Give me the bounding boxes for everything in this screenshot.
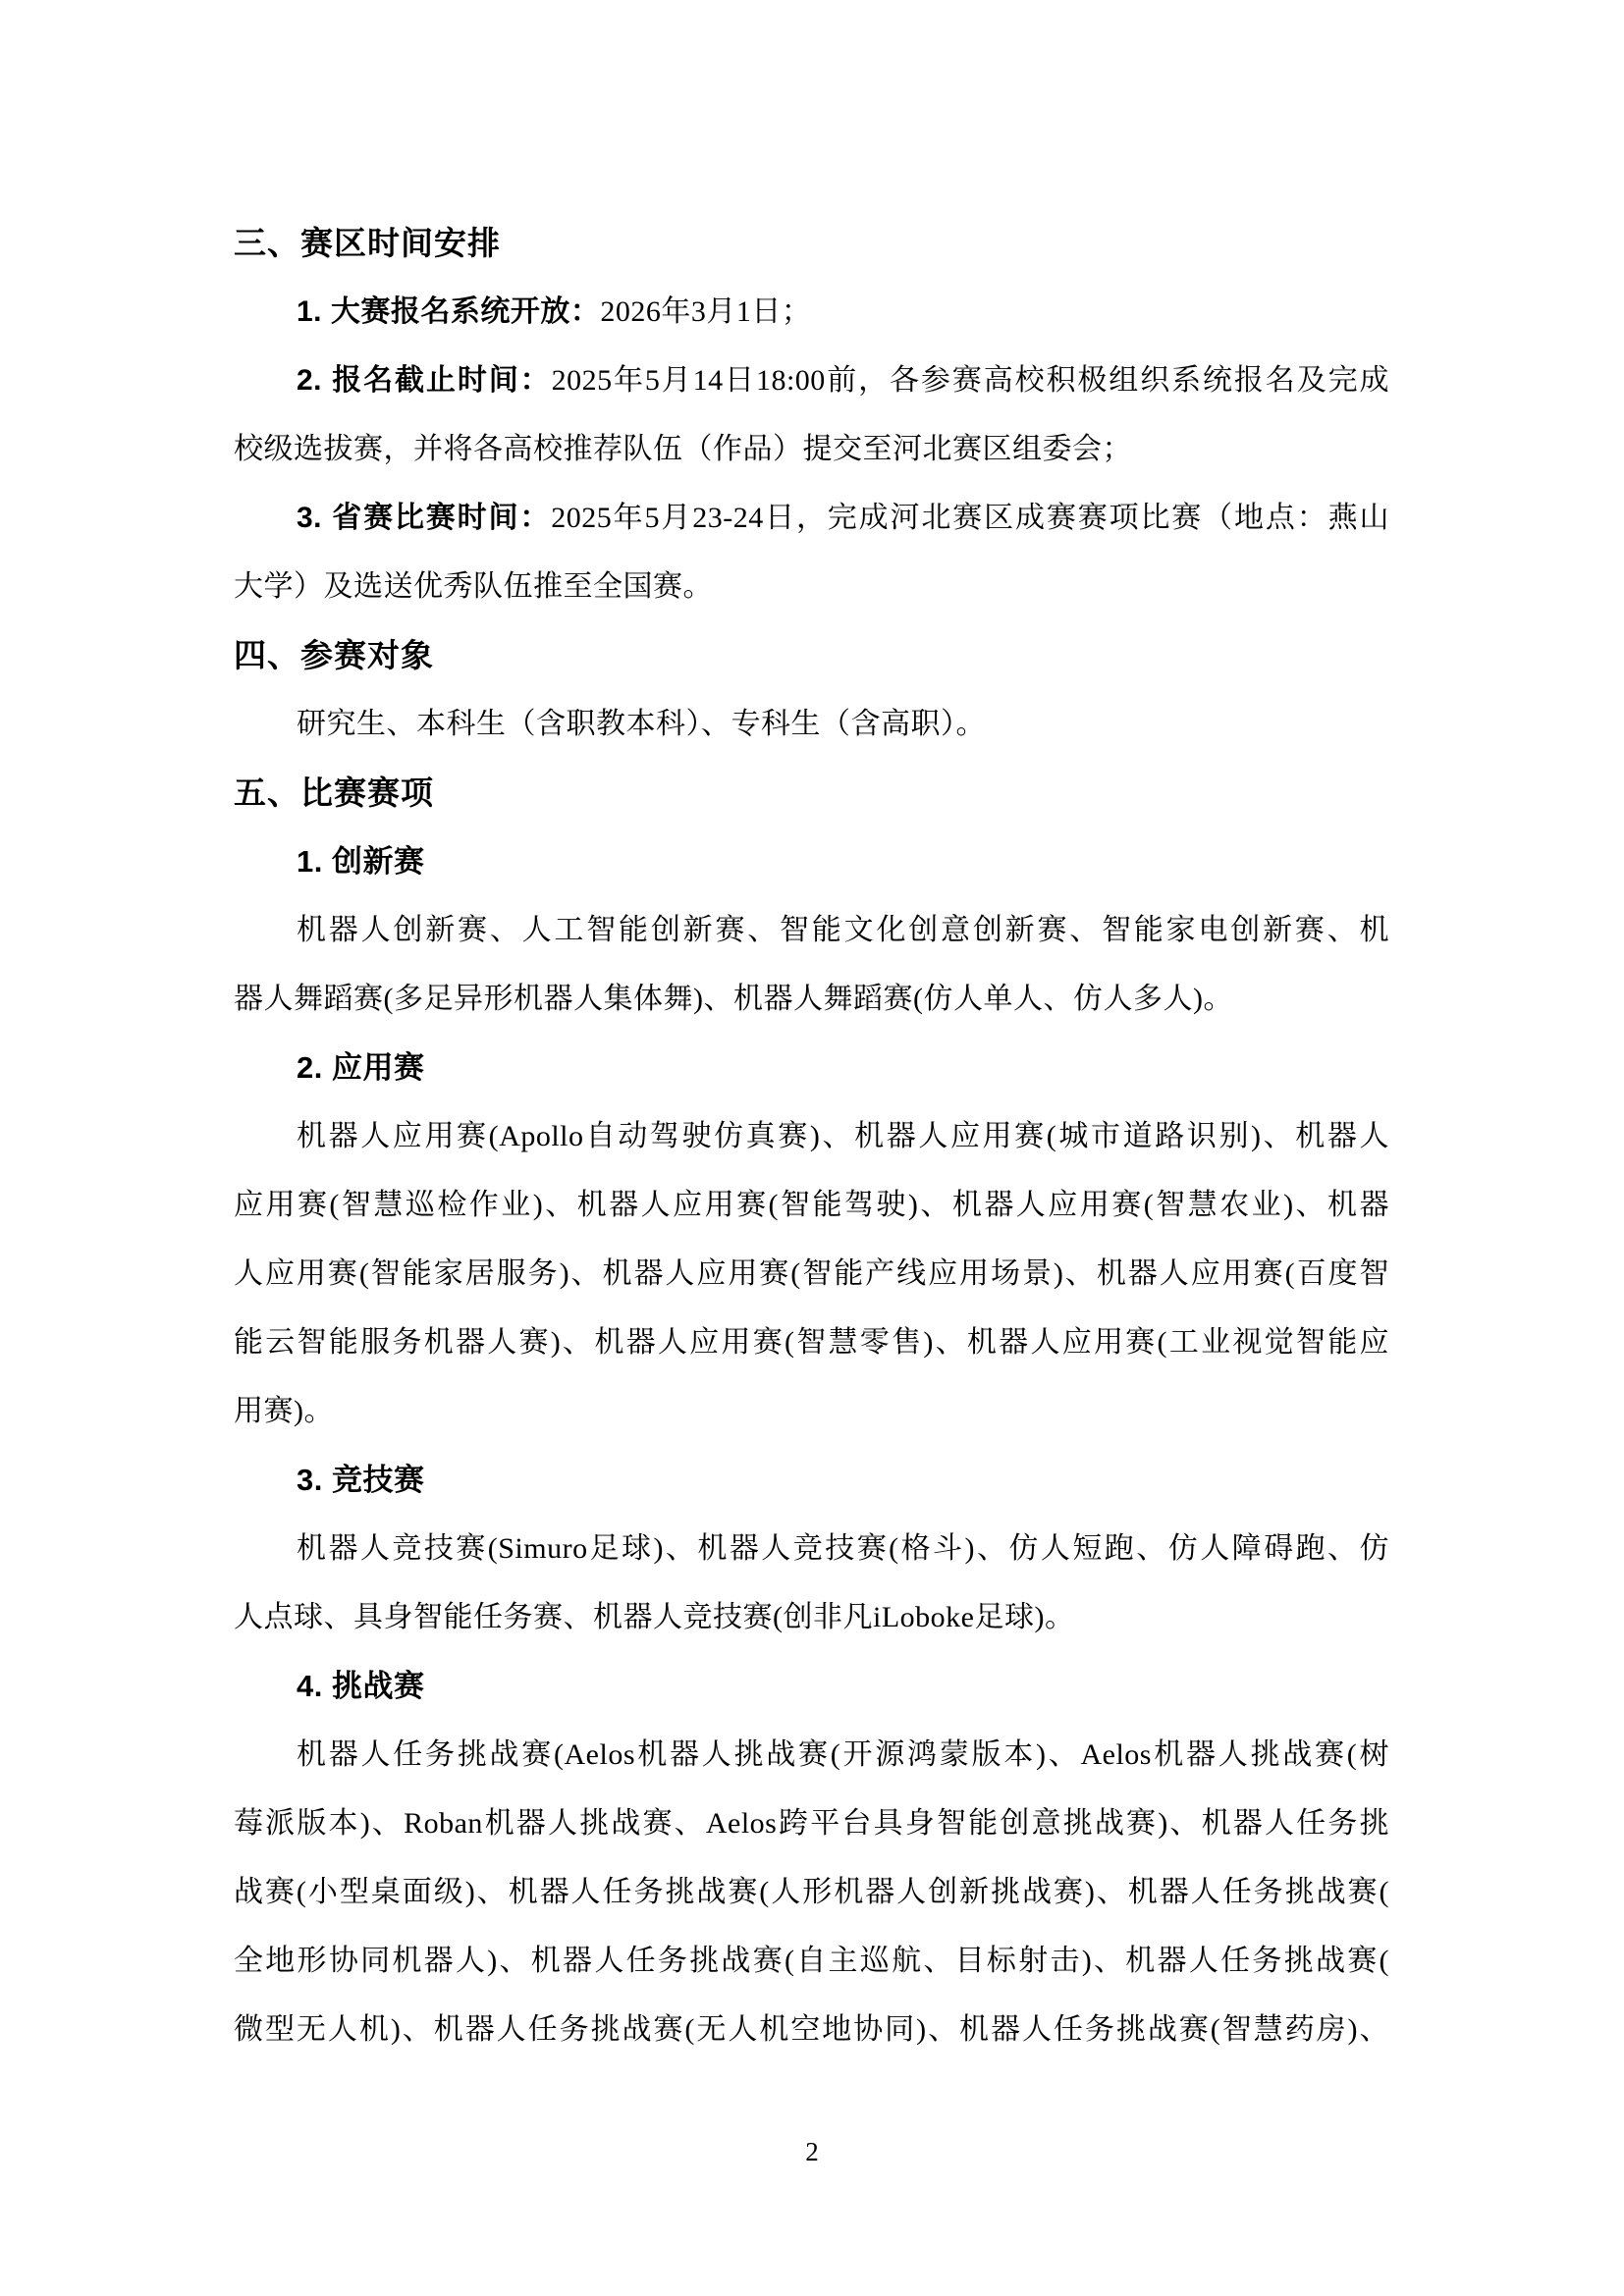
section-3-item-2-continued: 校级选拔赛，并将各高校推荐队伍（作品）提交至河北赛区组委会； [234,415,1389,484]
sub-2-body-line: 人应用赛(智能家居服务)、机器人应用赛(智能产线应用场景)、机器人应用赛(百度智 [234,1240,1389,1308]
section-3-heading: 三、赛区时间安排 [234,209,1389,278]
document-body: 三、赛区时间安排 1. 大赛报名系统开放：2026年3月1日； 2. 报名截止时… [234,209,1389,2064]
section-5-heading: 五、比赛赛项 [234,759,1389,828]
document-page: 三、赛区时间安排 1. 大赛报名系统开放：2026年3月1日； 2. 报名截止时… [0,0,1624,2296]
sub-4-body-line: 机器人任务挑战赛(Aelos机器人挑战赛(开源鸿蒙版本)、Aelos机器人挑战赛… [234,1721,1389,1789]
sub-3-body-line: 机器人竞技赛(Simuro足球)、机器人竞技赛(格斗)、仿人短跑、仿人障碍跑、仿 [234,1515,1389,1583]
item-1-text: 2026年3月1日； [600,295,811,328]
section-4-body: 研究生、本科生（含职教本科）、专科生（含高职）。 [234,690,1389,759]
sub-1-body-line: 器人舞蹈赛(多足异形机器人集体舞)、机器人舞蹈赛(仿人单人、仿人多人)。 [234,965,1389,1034]
item-3-label: 3. 省赛比赛时间： [297,502,551,534]
sub-4-body-line: 全地形协同机器人)、机器人任务挑战赛(自主巡航、目标射击)、机器人任务挑战赛( [234,1927,1389,1996]
sub-2-heading: 2. 应用赛 [234,1034,1389,1102]
item-1-label: 1. 大赛报名系统开放： [297,295,600,328]
sub-3-heading: 3. 竞技赛 [234,1446,1389,1515]
sub-2-body-line: 应用赛(智慧巡检作业)、机器人应用赛(智能驾驶)、机器人应用赛(智慧农业)、机器 [234,1171,1389,1240]
sub-2-body-line: 用赛)。 [234,1377,1389,1446]
sub-4-heading: 4. 挑战赛 [234,1652,1389,1721]
section-4-heading: 四、参赛对象 [234,621,1389,690]
sub-4-body-line: 莓派版本)、Roban机器人挑战赛、Aelos跨平台具身智能创意挑战赛)、机器人… [234,1789,1389,1858]
sub-4-body-line: 战赛(小型桌面级)、机器人任务挑战赛(人形机器人创新挑战赛)、机器人任务挑战赛( [234,1858,1389,1927]
sub-4-body-line: 微型无人机)、机器人任务挑战赛(无人机空地协同)、机器人任务挑战赛(智慧药房)、 [234,1996,1389,2064]
sub-1-body-line: 机器人创新赛、人工智能创新赛、智能文化创意创新赛、智能家电创新赛、机 [234,896,1389,965]
sub-2-body-line: 机器人应用赛(Apollo自动驾驶仿真赛)、机器人应用赛(城市道路识别)、机器人 [234,1102,1389,1171]
section-3-item-1: 1. 大赛报名系统开放：2026年3月1日； [234,278,1389,347]
page-number: 2 [0,2132,1624,2171]
section-3-item-3-continued: 大学）及选送优秀队伍推至全国赛。 [234,553,1389,621]
sub-1-heading: 1. 创新赛 [234,828,1389,896]
item-3-text: 2025年5月23-24日，完成河北赛区成赛赛项比赛（地点：燕山 [551,502,1389,534]
sub-3-body-line: 人点球、具身智能任务赛、机器人竞技赛(创非凡iLoboke足球)。 [234,1583,1389,1652]
section-3-item-3: 3. 省赛比赛时间：2025年5月23-24日，完成河北赛区成赛赛项比赛（地点：… [234,484,1389,553]
item-2-label: 2. 报名截止时间： [297,364,552,397]
sub-2-body-line: 能云智能服务机器人赛)、机器人应用赛(智慧零售)、机器人应用赛(工业视觉智能应 [234,1308,1389,1377]
item-2-text: 2025年5月14日18:00前，各参赛高校积极组织系统报名及完成 [552,364,1389,397]
section-3-item-2: 2. 报名截止时间：2025年5月14日18:00前，各参赛高校积极组织系统报名… [234,347,1389,415]
